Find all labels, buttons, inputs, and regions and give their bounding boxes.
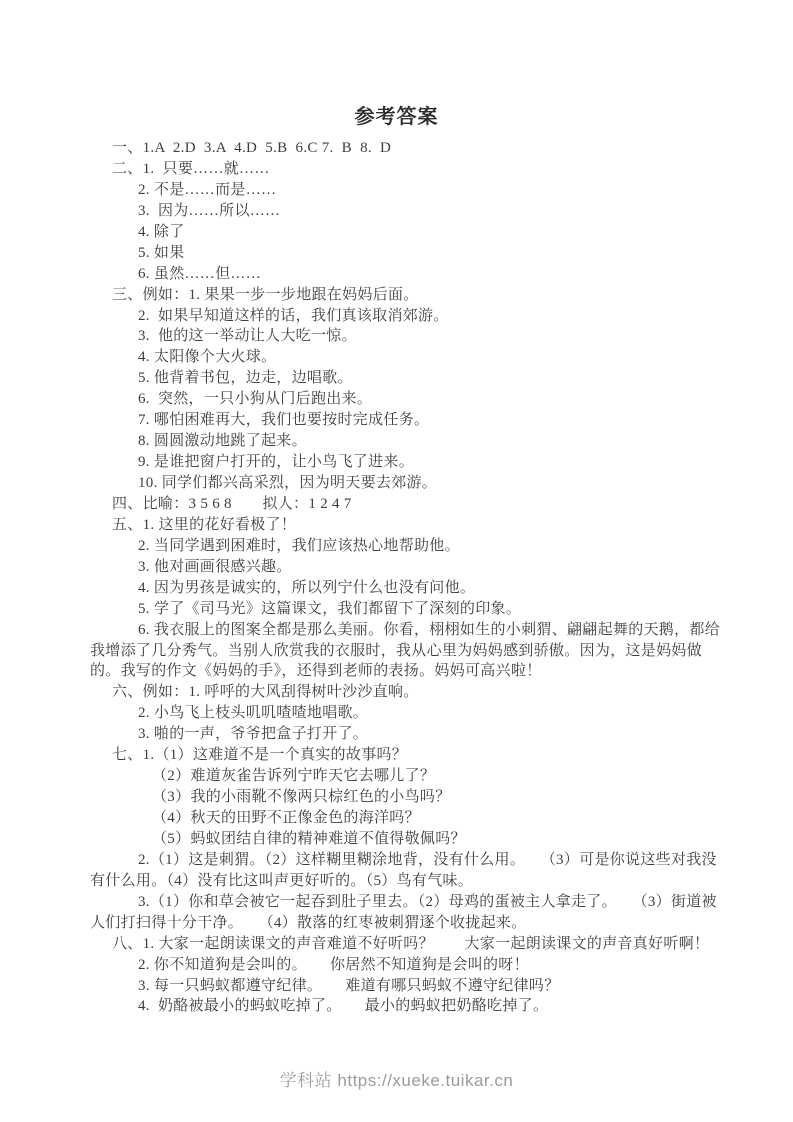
answer-line: 四、比喻：3 5 6 8 拟人：1 2 4 7 <box>90 494 730 515</box>
answer-line: 2. 你不知道狗是会叫的。 你居然不知道狗是会叫的呀！ <box>90 955 730 976</box>
answer-body: 一、1.A 2.D 3.A 4.D 5.B 6.C 7. B 8. D二、1. … <box>90 138 730 1017</box>
answer-line: 6. 我衣服上的图案全都是那么美丽。你看，栩栩如生的小刺猬、翩翩起舞的天鹅，都给 <box>90 620 730 641</box>
answer-line: 3. 啪的一声，爷爷把盒子打开了。 <box>90 724 730 745</box>
answer-line: 八、1. 大家一起朗读课文的声音难道不好听吗？ 大家一起朗读课文的声音真好听啊！ <box>90 934 730 955</box>
answer-line: 2. 小鸟飞上枝头叽叽喳喳地唱歌。 <box>90 703 730 724</box>
answer-line: 我增添了几分秀气。当别人欣赏我的衣服时，我从心里为妈妈感到骄傲。因为，这是妈妈做 <box>90 641 730 662</box>
answer-line: 4. 太阳像个大火球。 <box>90 347 730 368</box>
answer-line: 五、1. 这里的花好看极了！ <box>90 515 730 536</box>
answer-line: （4）秋天的田野不正像金色的海洋吗？ <box>90 808 730 829</box>
answer-line: 7. 哪怕困难再大，我们也要按时完成任务。 <box>90 410 730 431</box>
answer-line: 3.（1）你和草会被它一起吞到肚子里去。（2）母鸡的蛋被主人拿走了。 （3）街道… <box>90 892 730 913</box>
answer-line: （3）我的小雨靴不像两只棕红色的小鸟吗？ <box>90 787 730 808</box>
answer-line: 6. 虽然……但…… <box>90 264 730 285</box>
answer-line: 4. 除了 <box>90 222 730 243</box>
answer-line: 5. 学了《司马光》这篇课文，我们都留下了深刻的印象。 <box>90 599 730 620</box>
answer-line: 5. 如果 <box>90 243 730 264</box>
answer-line: （2）难道灰雀告诉列宁昨天它去哪儿了？ <box>90 766 730 787</box>
page-title: 参考答案 <box>0 100 793 129</box>
answer-line: 2. 当同学遇到困难时，我们应该热心地帮助他。 <box>90 536 730 557</box>
answer-line: 2. 不是……而是…… <box>90 180 730 201</box>
answer-line: 3. 每一只蚂蚁都遵守纪律。 难道有哪只蚂蚁不遵守纪律吗？ <box>90 976 730 997</box>
answer-line: 三、例如：1. 果果一步一步地跟在妈妈后面。 <box>90 285 730 306</box>
answer-line: 2. 如果早知道这样的话，我们真该取消郊游。 <box>90 306 730 327</box>
answer-line: （5）蚂蚁团结自律的精神难道不值得敬佩吗？ <box>90 829 730 850</box>
answer-line: 10. 同学们都兴高采烈，因为明天要去郊游。 <box>90 473 730 494</box>
answer-line: 9. 是谁把窗户打开的，让小鸟飞了进来。 <box>90 452 730 473</box>
answer-line: 3. 他的这一举动让人大吃一惊。 <box>90 326 730 347</box>
answer-line: 2.（1）这是刺猬。（2）这样糊里糊涂地背，没有什么用。 （3）可是你说这些对我… <box>90 850 730 871</box>
answer-line: 6. 突然，一只小狗从门后跑出来。 <box>90 389 730 410</box>
answer-line: 4. 因为男孩是诚实的，所以列宁什么也没有问他。 <box>90 578 730 599</box>
answer-line: 有什么用。（4）没有比这叫声更好听的。（5）鸟有气味。 <box>90 871 730 892</box>
answer-line: 七、1.（1）这难道不是一个真实的故事吗？ <box>90 745 730 766</box>
answer-line: 5. 他背着书包，边走，边唱歌。 <box>90 368 730 389</box>
answer-line: 8. 圆圆激动地跳了起来。 <box>90 431 730 452</box>
answer-line: 一、1.A 2.D 3.A 4.D 5.B 6.C 7. B 8. D <box>90 138 730 159</box>
answer-line: 的。我写的作文《妈妈的手》，还得到老师的表扬。妈妈可高兴啦！ <box>90 661 730 682</box>
answer-line: 二、1. 只要……就…… <box>90 159 730 180</box>
answer-line: 3. 他对画画很感兴趣。 <box>90 557 730 578</box>
answer-line: 六、例如：1. 呼呼的大风刮得树叶沙沙直响。 <box>90 682 730 703</box>
answer-line: 3. 因为……所以…… <box>90 201 730 222</box>
watermark-text: 学科站 https://xueke.tuikar.cn <box>0 1066 793 1091</box>
answer-line: 4. 奶酪被最小的蚂蚁吃掉了。 最小的蚂蚁把奶酪吃掉了。 <box>90 996 730 1017</box>
answer-line: 人们打扫得十分干净。 （4）散落的红枣被刺猬逐个收拢起来。 <box>90 913 730 934</box>
